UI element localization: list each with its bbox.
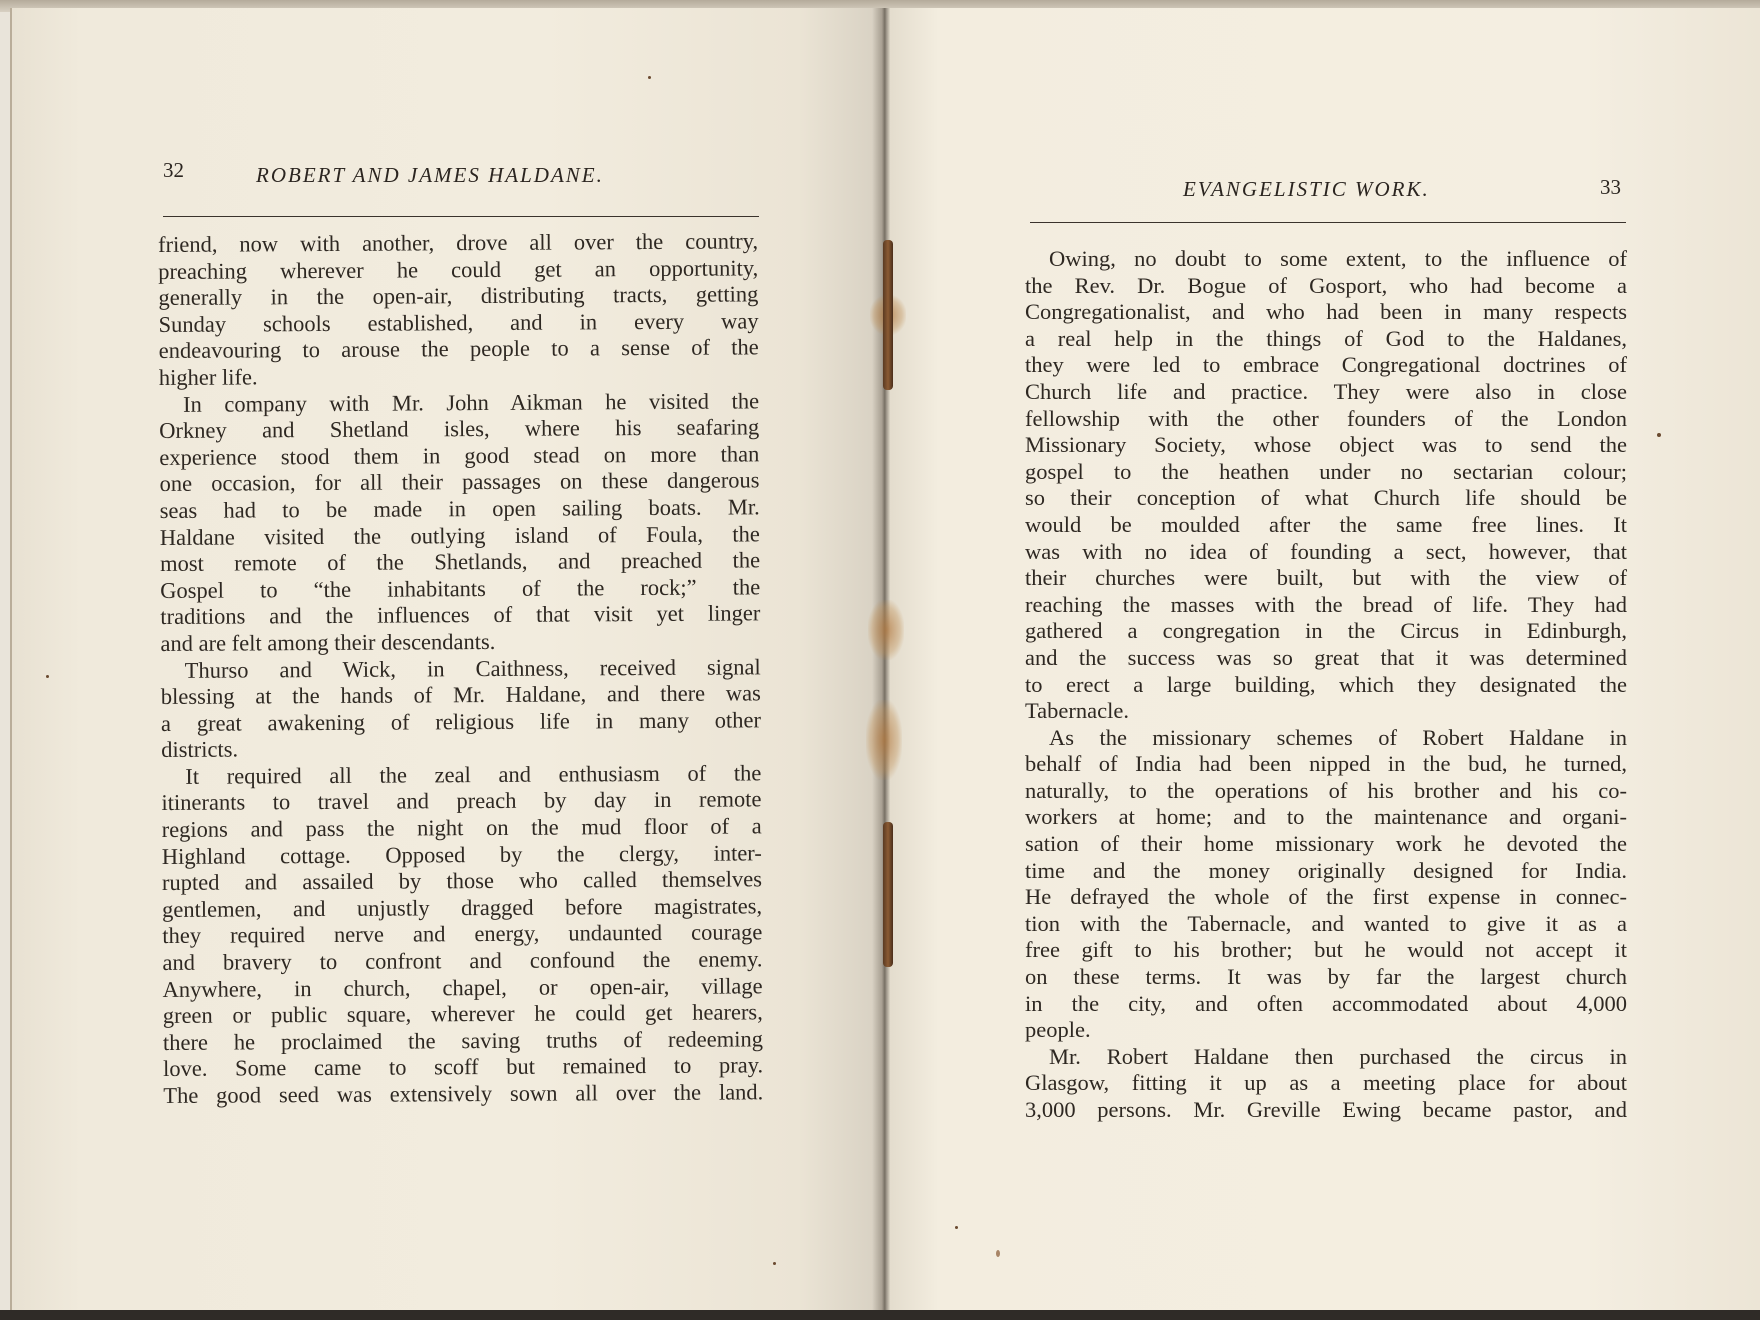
text-line: and bravery to confront and confound the…	[162, 946, 762, 976]
text-line: so their conception of what Church life …	[1025, 485, 1627, 512]
header-rule-left	[163, 216, 759, 217]
text-line: they required nerve and energy, undaunte…	[162, 920, 762, 950]
text-line: The good seed was extensively sown all o…	[163, 1079, 763, 1109]
text-line: the Rev. Dr. Bogue of Gosport, who had b…	[1025, 273, 1627, 300]
text-line: Missionary Society, whose object was to …	[1025, 432, 1627, 459]
text-line: naturally, to the operations of his brot…	[1025, 778, 1627, 805]
paper-speck	[773, 1262, 776, 1265]
text-line: As the missionary schemes of Robert Hald…	[1025, 725, 1627, 752]
text-line: Mr. Robert Haldane then purchased the ci…	[1025, 1044, 1627, 1071]
text-line: gospel to the heathen under no sectarian…	[1025, 459, 1627, 486]
paper-speck	[46, 675, 49, 678]
text-line: Owing, no doubt to some extent, to the i…	[1025, 246, 1627, 273]
text-line: endeavouring to arouse the people to a s…	[159, 335, 759, 365]
text-line: green or public square, wherever he coul…	[163, 1000, 763, 1030]
paper-speck	[996, 1250, 1000, 1257]
text-line: to erect a large building, which they de…	[1025, 672, 1627, 699]
text-line: Haldane visited the outlying island of F…	[160, 521, 760, 551]
text-line: traditions and the influences of that vi…	[160, 601, 760, 631]
text-line: a great awakening of religious life in m…	[161, 707, 761, 737]
text-line: higher life.	[159, 361, 759, 391]
text-line: Thurso and Wick, in Caithness, received …	[161, 654, 761, 684]
text-line: gentlemen, and unjustly dragged before m…	[162, 893, 762, 923]
text-line: regions and pass the night on the mud fl…	[162, 813, 762, 843]
left-page-body: friend, now with another, drove all over…	[158, 228, 763, 1109]
text-line: Congregationalist, and who had been in m…	[1025, 299, 1627, 326]
text-line: itinerants to travel and preach by day i…	[161, 787, 761, 817]
text-line: Gospel to “the inhabitants of the rock;”…	[160, 574, 760, 604]
text-line: reaching the masses with the bread of li…	[1025, 592, 1627, 619]
text-line: free gift to his brother; but he would n…	[1025, 937, 1627, 964]
text-line: Orkney and Shetland isles, where his sea…	[159, 414, 759, 444]
text-line: 3,000 persons. Mr. Greville Ewing became…	[1025, 1097, 1627, 1124]
staple-icon	[883, 822, 893, 967]
text-line: people.	[1025, 1017, 1627, 1044]
staple-icon	[883, 240, 893, 390]
text-line: tion with the Tabernacle, and wanted to …	[1025, 911, 1627, 938]
header-rule-right	[1030, 222, 1626, 223]
running-title-left: ROBERT AND JAMES HALDANE.	[256, 163, 604, 188]
text-line: sation of their home missionary work he …	[1025, 831, 1627, 858]
paper-speck	[648, 76, 651, 79]
text-line: and the success was so great that it was…	[1025, 645, 1627, 672]
text-line: Glasgow, fitting it up as a meeting plac…	[1025, 1070, 1627, 1097]
text-line: one occasion, for all their passages on …	[159, 468, 759, 498]
text-line: most remote of the Shetlands, and preach…	[160, 547, 760, 577]
text-line: fellowship with the other founders of th…	[1025, 406, 1627, 433]
text-line: friend, now with another, drove all over…	[158, 228, 758, 258]
text-line: seas had to be made in open sailing boat…	[160, 494, 760, 524]
text-line: their churches were built, but with the …	[1025, 565, 1627, 592]
page-number-right: 33	[1600, 175, 1621, 200]
text-line: there he proclaimed the saving truths of…	[163, 1026, 763, 1056]
book-spread: 32 ROBERT AND JAMES HALDANE. EVANGELISTI…	[0, 0, 1760, 1320]
text-line: they were led to embrace Congregational …	[1025, 352, 1627, 379]
paper-speck	[1657, 433, 1661, 437]
page-number-left: 32	[163, 158, 184, 183]
text-line: It required all the zeal and enthusiasm …	[161, 760, 761, 790]
text-line: In company with Mr. John Aikman he visit…	[159, 388, 759, 418]
text-line: behalf of India had been nipped in the b…	[1025, 751, 1627, 778]
text-line: districts.	[161, 734, 761, 764]
text-line: would be moulded after the same free lin…	[1025, 512, 1627, 539]
text-line: a real help in the things of God to the …	[1025, 326, 1627, 353]
text-line: love. Some came to scoff but remained to…	[163, 1053, 763, 1083]
text-line: Anywhere, in church, chapel, or open-air…	[163, 973, 763, 1003]
text-line: He defrayed the whole of the first expen…	[1025, 884, 1627, 911]
rust-stain	[868, 600, 904, 660]
text-line: rupted and assailed by those who called …	[162, 867, 762, 897]
text-line: on these terms. It was by far the larges…	[1025, 964, 1627, 991]
text-line: Church life and practice. They were also…	[1025, 379, 1627, 406]
text-line: time and the money originally designed f…	[1025, 858, 1627, 885]
text-line: preaching wherever he could get an oppor…	[158, 255, 758, 285]
text-line: workers at home; and to the maintenance …	[1025, 804, 1627, 831]
text-line: Highland cottage. Opposed by the clergy,…	[162, 840, 762, 870]
text-line: was with no idea of founding a sect, how…	[1025, 539, 1627, 566]
book-bottom-edge	[0, 1310, 1760, 1320]
text-line: blessing at the hands of Mr. Haldane, an…	[161, 680, 761, 710]
paper-speck	[955, 1226, 958, 1229]
text-line: gathered a congregation in the Circus in…	[1025, 618, 1627, 645]
text-line: in the city, and often accommodated abou…	[1025, 991, 1627, 1018]
text-line: and are felt among their descendants.	[160, 627, 760, 657]
text-line: Sunday schools established, and in every…	[158, 308, 758, 338]
text-line: experience stood them in good stead on m…	[159, 441, 759, 471]
rust-stain	[866, 700, 902, 780]
right-page-body: Owing, no doubt to some extent, to the i…	[1025, 246, 1627, 1124]
text-line: Tabernacle.	[1025, 698, 1627, 725]
running-title-right: EVANGELISTIC WORK.	[1183, 177, 1430, 202]
text-line: generally in the open-air, distributing …	[158, 282, 758, 312]
